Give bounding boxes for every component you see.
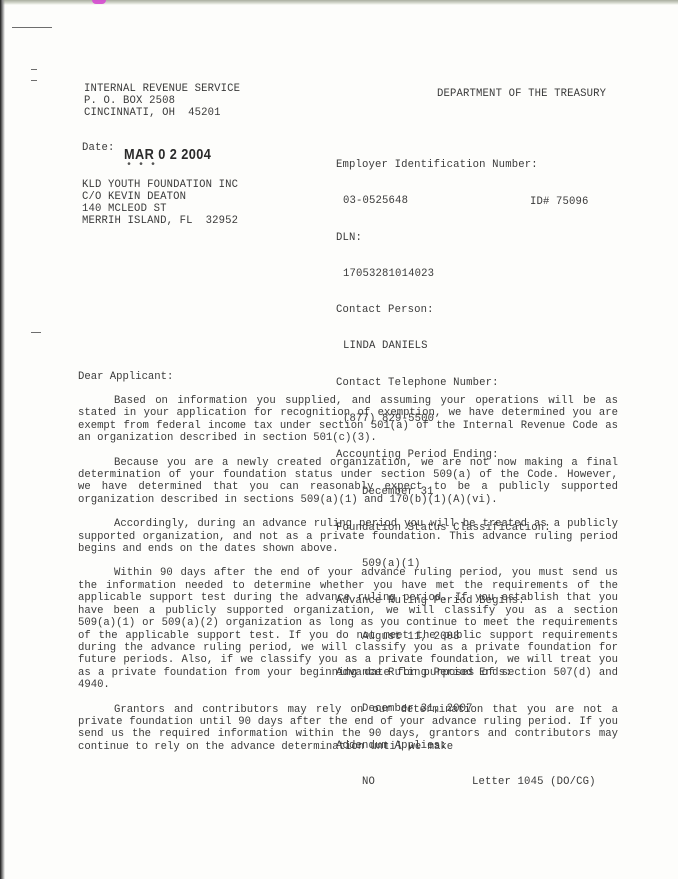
paragraph-support-test: Within 90 days after the end of your adv… (78, 567, 618, 691)
sender-line: INTERNAL REVENUE SERVICE (84, 83, 240, 95)
scan-artifact (92, 0, 106, 4)
letter-body: Dear Applicant: Based on information you… (78, 371, 618, 765)
sender-line: CINCINNATI, OH 45201 (84, 107, 240, 119)
scan-mark (12, 27, 52, 28)
sender-line: P. O. BOX 2508 (84, 95, 240, 107)
contact-person-value: LINDA DANIELS (336, 340, 551, 352)
addressee-line: 140 MCLEOD ST (82, 203, 238, 215)
scan-mark (31, 332, 41, 333)
addressee-address: KLD YOUTH FOUNDATION INCC/O KEVIN DEATON… (82, 179, 238, 227)
contact-person-label: Contact Person: (336, 304, 551, 316)
paragraph-foundation-status: Because you are a newly created organiza… (78, 457, 618, 507)
date-label: Date: (82, 142, 115, 154)
dln-label: DLN: (336, 232, 551, 244)
scan-mark (31, 69, 37, 70)
contact-id: ID# 75096 (530, 196, 589, 208)
salutation: Dear Applicant: (78, 371, 618, 383)
paragraph-grantors: Grantors and contributors may rely on ou… (78, 704, 618, 754)
sender-address: INTERNAL REVENUE SERVICEP. O. BOX 2508CI… (84, 83, 240, 119)
letter-form-number: Letter 1045 (DO/CG) (472, 776, 596, 788)
scan-top-edge (0, 0, 678, 5)
addressee-line: KLD YOUTH FOUNDATION INC (82, 179, 238, 191)
ein-value: 03-0525648 (336, 195, 551, 207)
dln-value: 17053281014023 (336, 268, 551, 280)
scan-left-edge (0, 0, 5, 879)
addressee-line: MERRIH ISLAND, FL 32952 (82, 215, 238, 227)
ein-label: Employer Identification Number: (336, 159, 551, 171)
department-name: DEPARTMENT OF THE TREASURY (437, 88, 606, 100)
scan-mark (31, 80, 37, 81)
addressee-line: C/O KEVIN DEATON (82, 191, 238, 203)
date-stamp-dots: • • • (126, 160, 156, 171)
paragraph-advance-ruling: Accordingly, during an advance ruling pe… (78, 518, 618, 555)
paragraph-exemption: Based on information you supplied, and a… (78, 395, 618, 445)
